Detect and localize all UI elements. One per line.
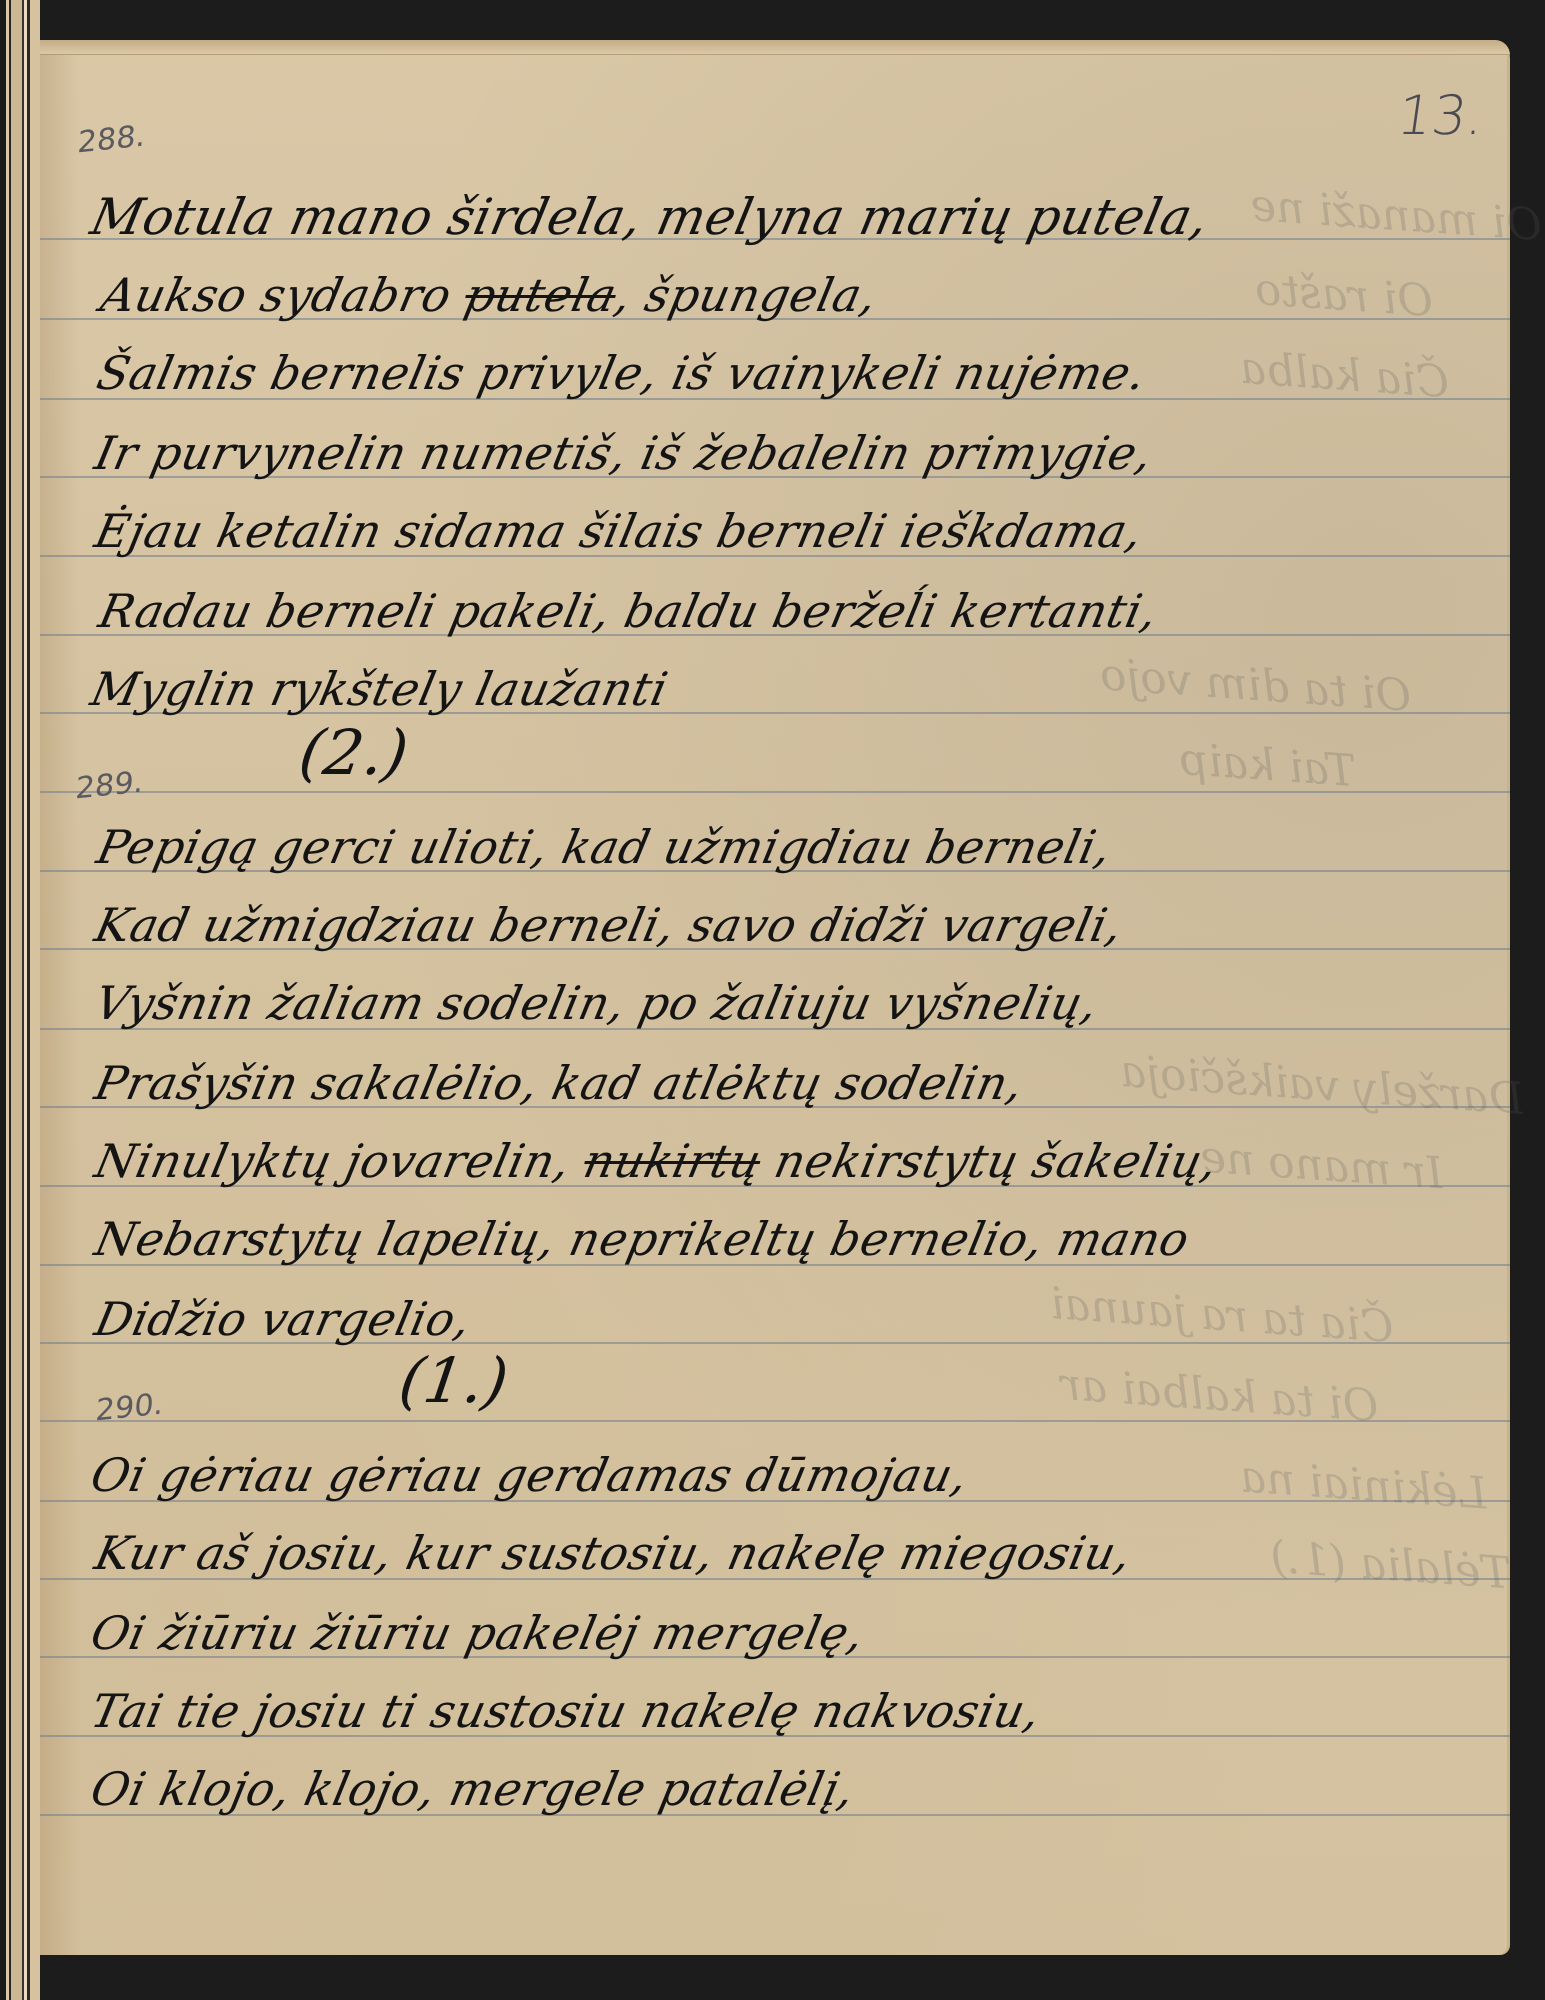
page-number: 13.	[1394, 84, 1489, 147]
show-through-text: Tai kaip	[1178, 734, 1356, 797]
song-289-line-7: Didžio vargelio,	[90, 1292, 476, 1346]
line-text: , špungela,	[610, 268, 882, 322]
song-number-290: 290.	[94, 1387, 164, 1429]
show-through-text: Ir mano ne	[1199, 1132, 1446, 1200]
song-288-line-5: Ėjau ketalin sidama šilais berneli ieškd…	[90, 504, 1147, 558]
show-through-text: Oi ta dim vojo	[1099, 649, 1413, 722]
manuscript-page: Oi manaži ne Oi rašto Čia kalba Oi ta di…	[40, 40, 1510, 1955]
line-text: Ninulyktų jovarelin,	[90, 1134, 575, 1188]
song-288-line-6: Radau berneli pakeli, baldu beržeĺi kert…	[94, 584, 1162, 638]
song-290-line-4: Tai tie josiu ti sustosiu nakelę nakvosi…	[86, 1684, 1045, 1738]
song-289-line-4: Prašyšin sakalėlio, kad atlėktų sodelin,	[90, 1056, 1028, 1110]
song-289-line-5: Ninulyktų jovarelin, nukirtų nekirstytų …	[90, 1134, 1223, 1188]
song-288-line-1: Motula mano širdela, melyna marių putela…	[86, 188, 1214, 246]
show-through-text: Tėlalia (1.)	[1269, 1532, 1512, 1600]
struck-out-word: putela	[460, 268, 621, 322]
song-289-line-1: Pepigą gerci ulioti, kad užmigdiau berne…	[92, 820, 1116, 874]
show-through-text: Oi manaži ne	[1249, 180, 1544, 251]
song-289-line-3: Vyšnin žaliam sodelin, po žaliuju vyšnel…	[90, 976, 1103, 1030]
margin-shadow	[40, 54, 80, 1955]
page-top-edge	[40, 40, 1510, 55]
song-288-line-2: Aukso sydabro putela, špungela,	[96, 268, 882, 322]
song-number-288: 288.	[76, 119, 146, 161]
song-290-line-1: Oi gėriau gėriau gerdamas dūmojau,	[86, 1448, 973, 1502]
song-288-line-7: Myglin rykštely laužanti	[86, 662, 672, 716]
song-288-line-4: Ir purvynelin numetiš, iš žebalelin prim…	[90, 426, 1157, 480]
show-through-text: Daržely vaikščioja	[1119, 1046, 1526, 1125]
song-number-289: 289.	[74, 765, 144, 807]
song-288-line-3: Šalmis bernelis privyle, iš vainykeli nu…	[92, 346, 1151, 400]
song-290-line-5: Oi klojo, klojo, mergele patalėlį,	[86, 1762, 859, 1816]
variant-marker-1: (1.)	[395, 1344, 513, 1417]
line-text: nekirstytų šakelių,	[770, 1134, 1223, 1188]
song-290-line-3: Oi žiūriu žiūriu pakelėj mergelę,	[86, 1606, 869, 1660]
variant-marker-2: (2.)	[295, 716, 413, 789]
show-through-text: Lėkiniai na	[1239, 1451, 1489, 1519]
song-289-line-6: Nebarstytų lapelių, neprikeltų bernelio,…	[90, 1212, 1194, 1266]
song-289-line-2: Kad užmigdziau berneli, savo didži varge…	[90, 898, 1127, 952]
notebook-binding	[0, 0, 40, 2000]
song-290-line-2: Kur aš josiu, kur sustosiu, nakelę miego…	[90, 1526, 1136, 1580]
struck-out-word: nukirtų	[579, 1134, 766, 1188]
line-text: Aukso sydabro	[96, 268, 456, 322]
